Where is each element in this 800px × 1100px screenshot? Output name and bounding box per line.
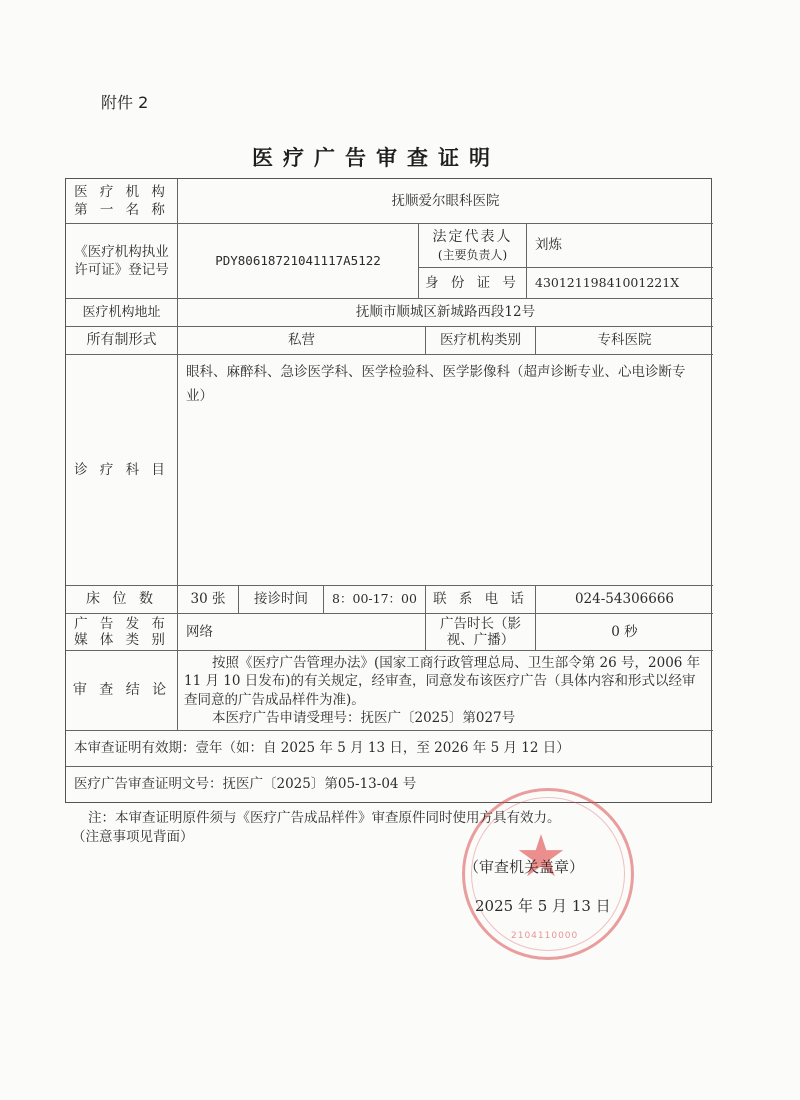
license-label: 《医疗机构执业许可证》登记号	[66, 224, 178, 299]
footnote: 注：本审查证明原件须与《医疗广告成品样件》审查原件同时使用方具有效力。	[88, 806, 561, 826]
address-value: 抚顺市顺城区新城路西段12号	[178, 299, 713, 327]
category-value: 专科医院	[536, 327, 713, 355]
page-title: 医疗广告审查证明	[252, 142, 500, 172]
certificate-table: 医 疗 机 构 第 一 名 称 抚顺爱尔眼科医院 《医疗机构执业许可证》登记号 …	[65, 178, 712, 803]
validity-period: 本审查证明有效期：壹年（如：自 2025 年 5 月 13 日，至 2026 年…	[66, 731, 713, 767]
id-label: 身 份 证 号	[419, 268, 527, 299]
seal-label: （审查机关盖章）	[464, 856, 584, 877]
departments-value: 眼科、麻醉科、急诊医学科、医学检验科、医学影像科（超声诊断专业、心电诊断专业）	[178, 355, 713, 586]
legal-rep-label: 法定代表人 (主要负责人)	[419, 224, 527, 268]
seal-code: 2104110000	[511, 931, 578, 941]
duration-label: 广告时长（影视、广播）	[426, 614, 536, 651]
footnote-back-reference: （注意事项见背面）	[72, 825, 194, 845]
phone-label: 联 系 电 话	[426, 586, 536, 614]
certificate-number: 医疗广告审查证明文号：抚医广〔2025〕第05-13-04 号	[66, 767, 713, 802]
address-label: 医疗机构地址	[66, 299, 178, 327]
beds-label: 床 位 数	[66, 586, 178, 614]
departments-label: 诊 疗 科 目	[66, 355, 178, 586]
media-value: 网络	[178, 614, 426, 651]
phone-value: 024-54306666	[536, 586, 713, 614]
ownership-value: 私营	[178, 327, 426, 355]
legal-rep-value: 刘炼	[527, 224, 713, 268]
beds-value: 30 张	[178, 586, 239, 614]
legal-rep-subtitle: (主要负责人)	[438, 247, 507, 263]
conclusion-label: 审 查 结 论	[66, 651, 178, 731]
application-number: 本医疗广告申请受理号：抚医广〔2025〕第027号	[184, 709, 515, 727]
attachment-label: 附件 2	[101, 90, 148, 113]
conclusion-paragraph: 按照《医疗广告管理办法》(国家工商行政管理总局、卫生部令第 26 号，2006 …	[184, 654, 707, 709]
category-label: 医疗机构类别	[426, 327, 536, 355]
conclusion-value: 按照《医疗广告管理办法》(国家工商行政管理总局、卫生部令第 26 号，2006 …	[178, 651, 713, 731]
ownership-label: 所有制形式	[66, 327, 178, 355]
org-name-label: 医 疗 机 构 第 一 名 称	[66, 179, 178, 224]
hours-label: 接诊时间	[239, 586, 324, 614]
duration-value: 0 秒	[536, 614, 713, 651]
license-value: PDY80618721041117A5122	[178, 224, 419, 299]
hours-value: 8：00-17：00	[324, 586, 426, 614]
media-label: 广 告 发 布 媒 体 类 别	[66, 614, 178, 651]
id-value: 43012119841001221X	[527, 268, 713, 299]
org-name-value: 抚顺爱尔眼科医院	[178, 179, 713, 224]
issue-date: 2025 年 5 月 13 日	[475, 895, 611, 916]
legal-rep-title: 法定代表人	[433, 228, 513, 247]
